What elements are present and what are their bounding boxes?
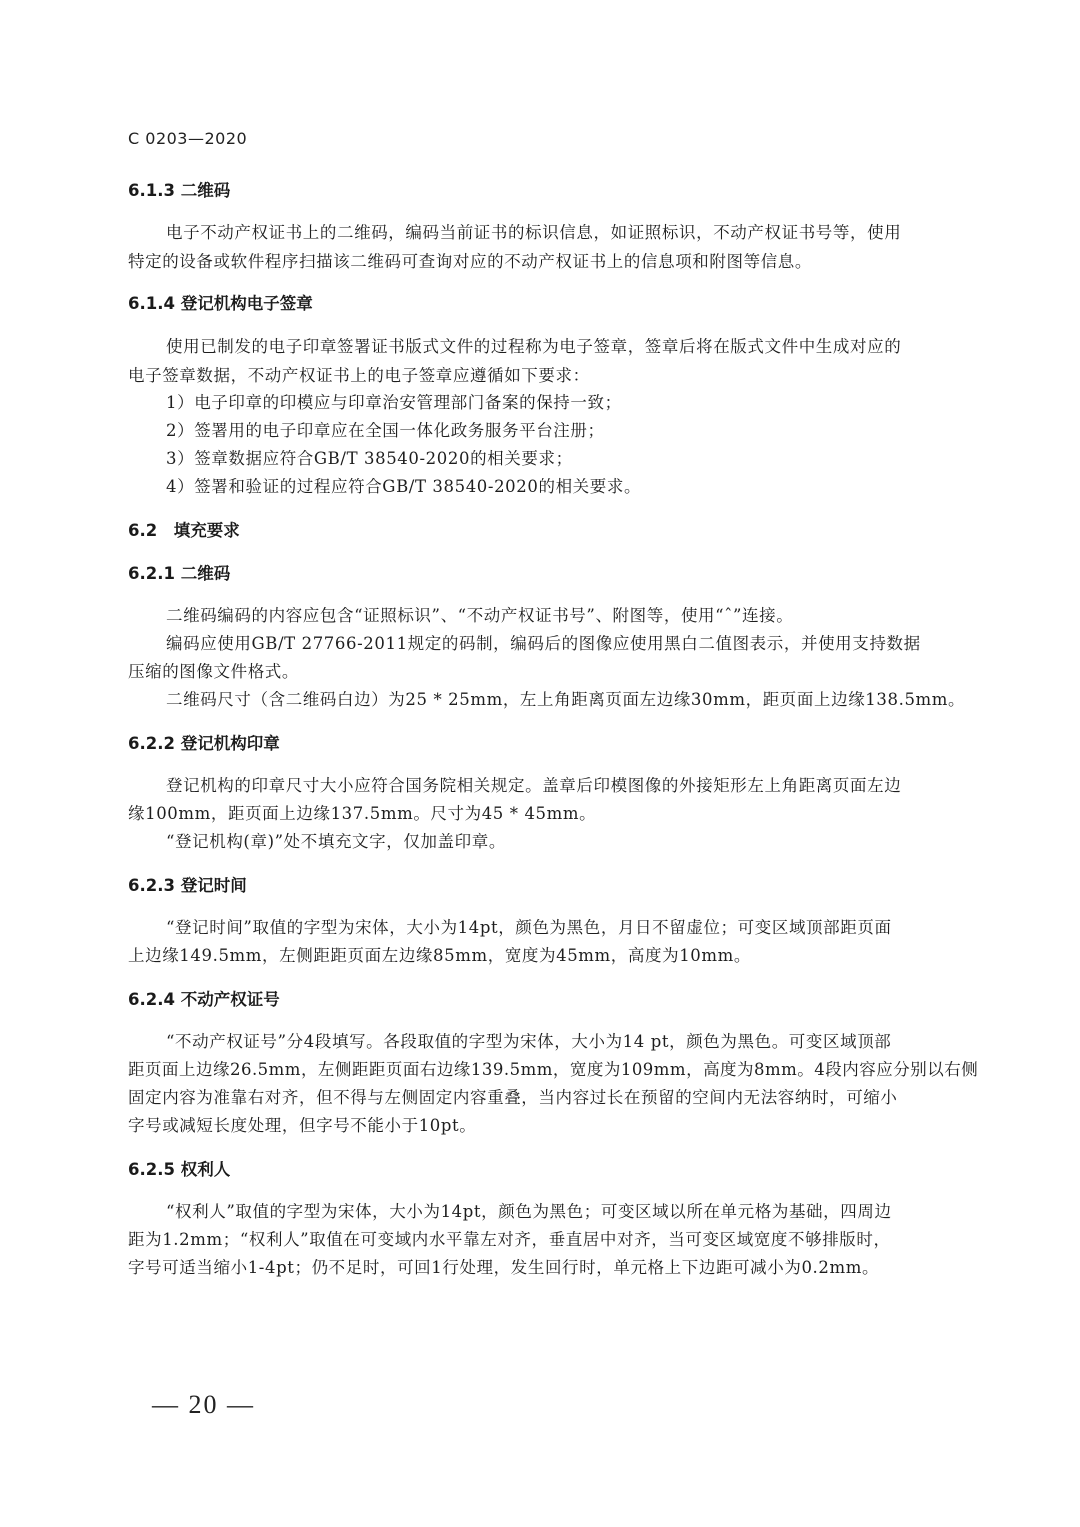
page-number: — 20 — xyxy=(152,1390,255,1420)
section-heading-6-2-4: 6.2.4 不动产权证号 xyxy=(128,986,280,1010)
paragraph-line: 电子不动产权证书上的二维码，编码当前证书的标识信息，如证照标识，不动产权证书号等… xyxy=(166,219,901,243)
document-page: C 0203—2020 6.1.3 二维码 电子不动产权证书上的二维码，编码当前… xyxy=(0,0,1080,1527)
paragraph-line: 二维码编码的内容应包含“证照标识”、“不动产权证书号”、附图等，使用“ˆ”连接。 xyxy=(166,602,793,626)
list-item: 1）电子印章的印模应与印章治安管理部门备案的保持一致； xyxy=(166,389,622,413)
paragraph-line: 缘100mm，距页面上边缘137.5mm。尺寸为45 * 45mm。 xyxy=(128,800,596,824)
section-heading-6-1-4: 6.1.4 登记机构电子签章 xyxy=(128,290,313,314)
list-item: 3）签章数据应符合GB/T 38540-2020的相关要求； xyxy=(166,445,573,469)
paragraph-line: 固定内容为准靠右对齐，但不得与左侧固定内容重叠，当内容过长在预留的空间内无法容纳… xyxy=(128,1084,898,1108)
paragraph-line: 字号可适当缩小1-4pt；仍不足时，可回1行处理，发生回行时，单元格上下边距可减… xyxy=(128,1254,879,1278)
section-heading-6-2-3: 6.2.3 登记时间 xyxy=(128,872,247,896)
paragraph-line: 上边缘149.5mm，左侧距距页面左边缘85mm，宽度为45mm，高度为10mm… xyxy=(128,942,751,966)
paragraph-line: 字号或减短长度处理，但字号不能小于10pt。 xyxy=(128,1112,476,1136)
paragraph-line: 编码应使用GB/T 27766-2011规定的码制，编码后的图像应使用黑白二值图… xyxy=(166,630,921,654)
section-heading-6-2: 6.2 填充要求 xyxy=(128,517,240,541)
paragraph-line: 距为1.2mm；“权利人”取值在可变域内水平靠左对齐，垂直居中对齐，当可变区域宽… xyxy=(128,1226,891,1250)
paragraph-line: 压缩的图像文件格式。 xyxy=(128,658,299,682)
section-heading-6-2-2: 6.2.2 登记机构印章 xyxy=(128,730,280,754)
section-heading-6-2-1: 6.2.1 二维码 xyxy=(128,560,230,584)
paragraph-line: 使用已制发的电子印章签署证书版式文件的过程称为电子签章，签章后将在版式文件中生成… xyxy=(166,333,901,357)
list-item: 2）签署用的电子印章应在全国一体化政务服务平台注册； xyxy=(166,417,605,441)
paragraph-line: “不动产权证号”分4段填写。各段取值的字型为宋体，大小为14 pt，颜色为黑色。… xyxy=(166,1028,891,1052)
paragraph-line: 特定的设备或软件程序扫描该二维码可查询对应的不动产权证书上的信息项和附图等信息。 xyxy=(128,248,812,272)
paragraph-line: “登记时间”取值的字型为宋体，大小为14pt，颜色为黑色，月日不留虚位；可变区域… xyxy=(166,914,892,938)
section-heading-6-1-3: 6.1.3 二维码 xyxy=(128,177,230,201)
paragraph-line: 登记机构的印章尺寸大小应符合国务院相关规定。盖章后印模图像的外接矩形左上角距离页… xyxy=(166,772,901,796)
list-item: 4）签署和验证的过程应符合GB/T 38540-2020的相关要求。 xyxy=(166,473,641,497)
standard-code-header: C 0203—2020 xyxy=(128,129,247,148)
paragraph-line: 二维码尺寸（含二维码白边）为25 * 25mm，左上角距离页面左边缘30mm，距… xyxy=(166,686,965,710)
paragraph-line: 距页面上边缘26.5mm，左侧距距页面右边缘139.5mm，宽度为109mm，高… xyxy=(128,1056,978,1080)
paragraph-line: “权利人”取值的字型为宋体，大小为14pt，颜色为黑色；可变区域以所在单元格为基… xyxy=(166,1198,892,1222)
paragraph-line: 电子签章数据，不动产权证书上的电子签章应遵循如下要求： xyxy=(128,362,590,386)
section-heading-6-2-5: 6.2.5 权利人 xyxy=(128,1156,230,1180)
paragraph-line: “登记机构(章)”处不填充文字，仅加盖印章。 xyxy=(166,828,506,852)
